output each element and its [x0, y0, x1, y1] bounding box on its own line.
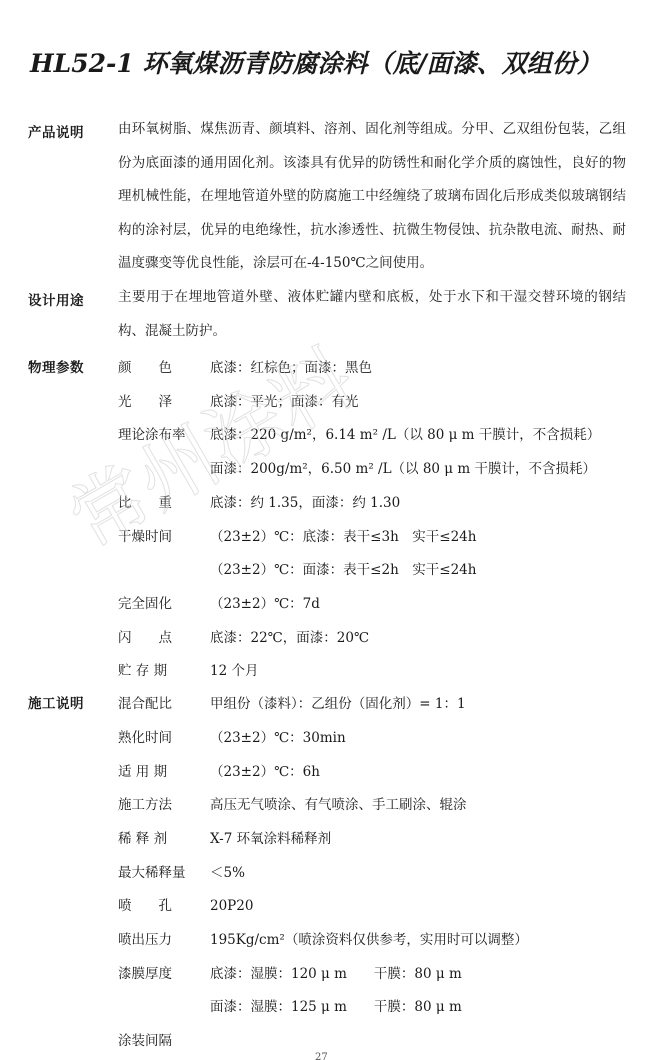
param-row: 喷出压力195Kg/cm²（喷涂资料仅供参考，实用时可以调整）: [118, 928, 528, 948]
param-value: 高压无气喷涂、有气喷涂、手工刷涂、辊涂: [210, 793, 467, 813]
param-key: 贮 存 期: [118, 659, 210, 679]
param-row: 稀 释 剂X-7 环氧涂料稀释剂: [118, 827, 331, 847]
param-row: 最大稀释量＜5%: [118, 861, 245, 881]
param-value: ＜5%: [210, 861, 245, 881]
param-row: 混合配比甲组份（漆料）：乙组份（固化剂）= 1：1: [118, 692, 466, 712]
param-value: 12 个月: [210, 659, 258, 679]
param-row: 闪 点底漆：22℃，面漆：20℃: [118, 626, 369, 646]
param-row: 理论涂布率底漆：220 g/m²，6.14 m² /L（以 80 μ m 干膜计…: [118, 423, 600, 443]
param-value: （23±2）℃：7d: [210, 592, 320, 612]
param-value: （23±2）℃：面漆：表干≤2h 实干≤24h: [210, 558, 476, 578]
param-row: 涂装间隔: [118, 1029, 210, 1049]
param-key: 比 重: [118, 491, 210, 511]
param-value: 20P20: [210, 898, 253, 914]
param-value: （23±2）℃：底漆：表干≤3h 实干≤24h: [210, 525, 476, 545]
param-value: 底漆：约 1.35，面漆：约 1.30: [210, 491, 400, 511]
param-key: 喷出压力: [118, 928, 210, 948]
param-row: 喷 孔20P20: [118, 894, 253, 914]
param-value: 底漆：220 g/m²，6.14 m² /L（以 80 μ m 干膜计，不含损耗…: [210, 423, 600, 443]
param-row: （23±2）℃：面漆：表干≤2h 实干≤24h: [118, 558, 476, 578]
param-row: 面漆：200g/m²，6.50 m² /L（以 80 μ m 干膜计，不含损耗）: [118, 457, 596, 477]
param-key: 稀 释 剂: [118, 827, 210, 847]
param-key: 施工方法: [118, 793, 210, 813]
param-row: 漆膜厚度底漆：湿膜：120 μ m 干膜：80 μ m: [118, 962, 462, 982]
param-key: 混合配比: [118, 692, 210, 712]
param-key: 最大稀释量: [118, 861, 210, 881]
param-row: 适 用 期（23±2）℃：6h: [118, 760, 320, 780]
param-value: X-7 环氧涂料稀释剂: [210, 827, 331, 847]
param-key: 喷 孔: [118, 894, 210, 914]
page-number: 27: [315, 1052, 328, 1060]
param-value: 195Kg/cm²（喷涂资料仅供参考，实用时可以调整）: [210, 928, 528, 948]
param-row: 施工方法高压无气喷涂、有气喷涂、手工刷涂、辊涂: [118, 793, 467, 813]
param-value: 面漆：湿膜：125 μ m 干膜：80 μ m: [210, 995, 462, 1015]
param-key: 干燥时间: [118, 525, 210, 545]
param-row: 完全固化（23±2）℃：7d: [118, 592, 320, 612]
param-key: 漆膜厚度: [118, 962, 210, 982]
page-title: HL52-1 环氧煤沥青防腐涂料（底/面漆、双组份）: [30, 44, 602, 80]
param-row: 熟化时间（23±2）℃：30min: [118, 726, 346, 746]
param-row: 贮 存 期12 个月: [118, 659, 258, 679]
section-label-product-desc: 产品说明: [28, 121, 84, 141]
param-key: 熟化时间: [118, 726, 210, 746]
param-value: 底漆：红棕色；面漆：黑色: [210, 356, 372, 376]
param-key: 适 用 期: [118, 760, 210, 780]
section-label-design-use: 设计用途: [28, 289, 84, 309]
param-value: 甲组份（漆料）：乙组份（固化剂）= 1：1: [210, 692, 466, 712]
param-value: 底漆：湿膜：120 μ m 干膜：80 μ m: [210, 962, 462, 982]
param-key: 颜 色: [118, 356, 210, 376]
param-value: 面漆：200g/m²，6.50 m² /L（以 80 μ m 干膜计，不含损耗）: [210, 457, 596, 477]
param-key: 闪 点: [118, 626, 210, 646]
param-value: 底漆：平光；面漆：有光: [210, 390, 359, 410]
param-row: 干燥时间（23±2）℃：底漆：表干≤3h 实干≤24h: [118, 525, 476, 545]
product-desc-text: 由环氧树脂、煤焦沥青、颜填料、溶剂、固化剂等组成。分甲、乙双组份包装，乙组份为底…: [118, 113, 626, 281]
param-row: 面漆：湿膜：125 μ m 干膜：80 μ m: [118, 995, 462, 1015]
param-key: 涂装间隔: [118, 1029, 210, 1049]
param-value: （23±2）℃：6h: [210, 760, 320, 780]
section-label-physical: 物理参数: [28, 356, 84, 376]
param-row: 光 泽底漆：平光；面漆：有光: [118, 390, 359, 410]
param-key: 理论涂布率: [118, 423, 210, 443]
param-row: 比 重底漆：约 1.35，面漆：约 1.30: [118, 491, 400, 511]
param-value: （23±2）℃：30min: [210, 726, 346, 746]
design-use-text: 主要用于在埋地管道外壁、液体贮罐内壁和底板，处于水下和干湿交替环境的钢结构、混凝…: [118, 281, 626, 348]
section-label-application: 施工说明: [28, 692, 84, 712]
param-row: 颜 色底漆：红棕色；面漆：黑色: [118, 356, 372, 376]
param-key: 完全固化: [118, 592, 210, 612]
param-value: 底漆：22℃，面漆：20℃: [210, 626, 369, 646]
param-key: 光 泽: [118, 390, 210, 410]
